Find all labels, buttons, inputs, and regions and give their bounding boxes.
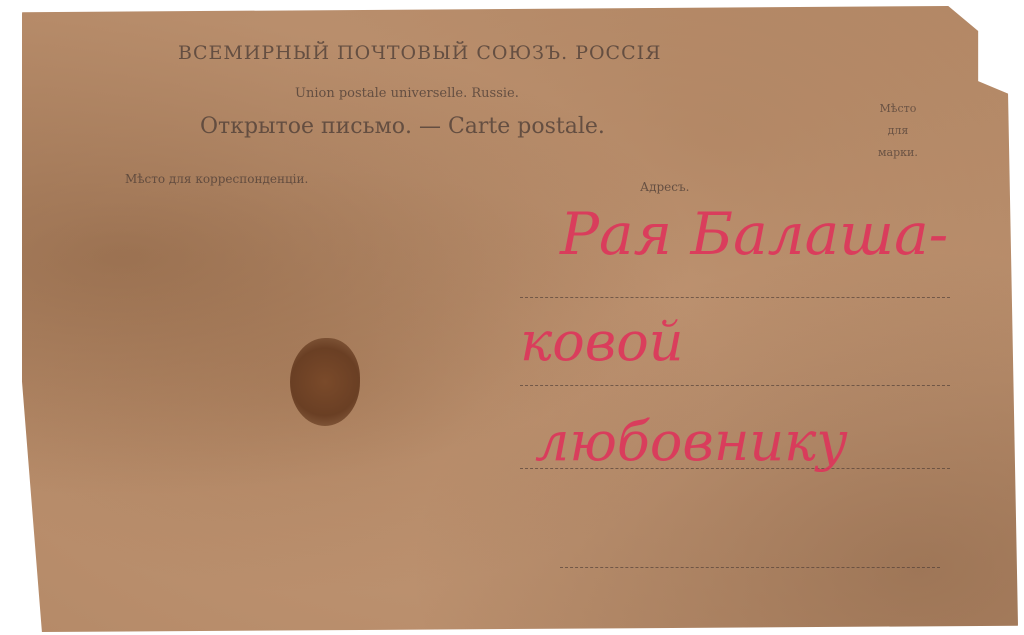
stamp-box-text: для <box>878 120 918 142</box>
handwritten-text: любовнику <box>535 410 848 473</box>
address-line <box>560 567 940 568</box>
stamp-box-text: марки. <box>878 142 918 164</box>
address-line <box>520 385 950 386</box>
handwritten-text: ковой <box>520 310 683 373</box>
correspondence-label: Мѣсто для корреспонденціи. <box>125 172 308 186</box>
handwritten-text: Рая Балаша- <box>560 200 948 268</box>
stamp-box: Мѣсто для марки. <box>878 98 918 164</box>
address-line <box>520 297 950 298</box>
address-label: Адресъ. <box>640 180 689 194</box>
postcard-subheader: Union postale universelle. Russie. <box>295 86 519 101</box>
stain <box>290 338 360 426</box>
postcard-title: Открытое письмо. — Carte postale. <box>200 114 605 139</box>
stamp-box-text: Мѣсто <box>878 98 918 120</box>
postcard-header: ВСЕМИРНЫЙ ПОЧТОВЫЙ СОЮЗЪ. РОССІЯ <box>178 42 661 64</box>
